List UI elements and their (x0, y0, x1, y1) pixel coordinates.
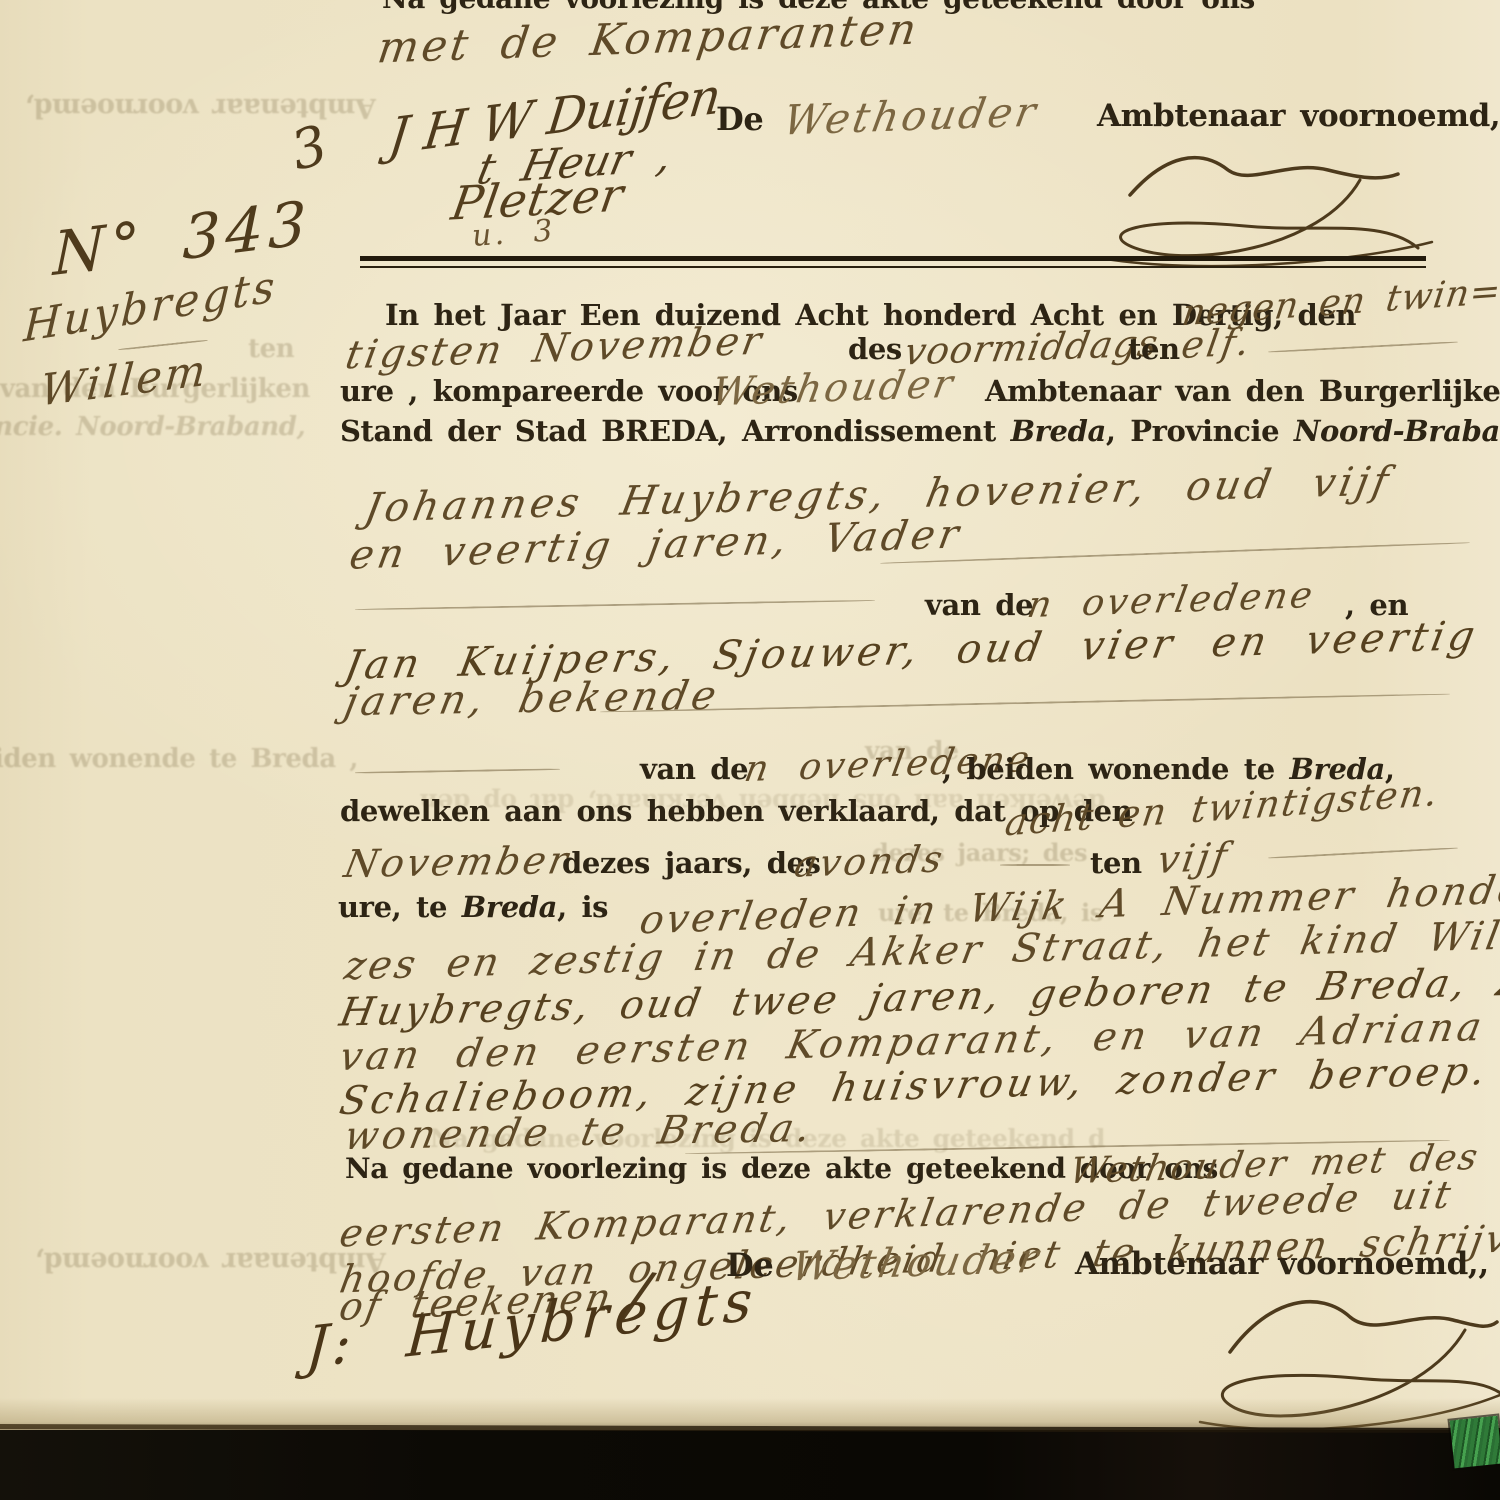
body-line2-print-des: des (848, 332, 902, 366)
line12-hand-november: November (341, 838, 575, 886)
ghost-text-ambtenaar-top-left: Ambtenaar voornoemd, (25, 92, 376, 123)
line12-dash2 (1268, 847, 1458, 859)
green-ribbon-bookmark (1450, 1416, 1500, 1469)
line12-hand-avonds: avonds (791, 837, 948, 886)
body-line3-print-ambtenaar: Ambtenaar van den Burgerlijken (985, 374, 1500, 408)
line4-stand: Stand der Stad BREDA, Arrondissement (340, 414, 996, 448)
closing-wethouder-handwritten: Wethouder (788, 1236, 1045, 1291)
line2-filler-dash (1268, 341, 1458, 353)
line4-noordbraband-italic: Noord-Braband (1294, 414, 1500, 448)
declarant1-filler-dash (880, 542, 1470, 565)
line13-print: ure, te Breda, is (338, 890, 608, 924)
ghost-text-ambtenaar-bottom-left: Ambtenaar voornoemd, (35, 1246, 386, 1277)
ghost-text-beiden: beiden wonende te Breda , (0, 744, 358, 774)
line12-print-dezes: dezes jaars, des (562, 846, 821, 880)
death-certificate-scan: Ambtenaar voornoemd, ten aar van den Bur… (0, 0, 1500, 1500)
line10-van-de: van de (640, 752, 748, 786)
body-line2-print-ten: ten (1128, 332, 1180, 366)
witness-signature-4: u. 3 (471, 213, 557, 254)
book-binding-dark-band (0, 1430, 1500, 1500)
line7-left-dash (355, 599, 875, 610)
ghost-text-ten: ten (248, 334, 294, 364)
wethouder-signature-top (1060, 130, 1460, 270)
line7-van-de: van de (925, 588, 1033, 622)
act-separator-rule (360, 256, 1426, 268)
declarant2-line2: jaren, bekende (341, 673, 724, 726)
line4-breda-italic: Breda (1011, 414, 1106, 448)
line12-print-ten: ten (1090, 846, 1142, 880)
body-line3-hand-wethouder: Wethouder (708, 362, 959, 416)
declarant2-filler-dash (600, 693, 1450, 713)
margin-firstname: Willem (38, 345, 210, 417)
body-line2-hand-elf: elf. (1179, 320, 1256, 367)
line12-hand-vijf: vijf (1155, 834, 1233, 882)
previous-act-wethouder-handwritten: Wethouder (780, 87, 1043, 144)
body-line4-print: Stand der Stad BREDA, Arrondissement Bre… (340, 414, 1500, 448)
ghost-text-provincie: vincie. Noord-Braband, (0, 412, 305, 442)
line10-left-dash (355, 768, 560, 774)
previous-act-de-label: De (716, 100, 763, 138)
previous-act-ambtenaar-label: Ambtenaar voornoemd, (1097, 98, 1500, 134)
line12-dash1 (1000, 864, 1070, 866)
line4-provincie: , Provincie (1106, 414, 1279, 448)
